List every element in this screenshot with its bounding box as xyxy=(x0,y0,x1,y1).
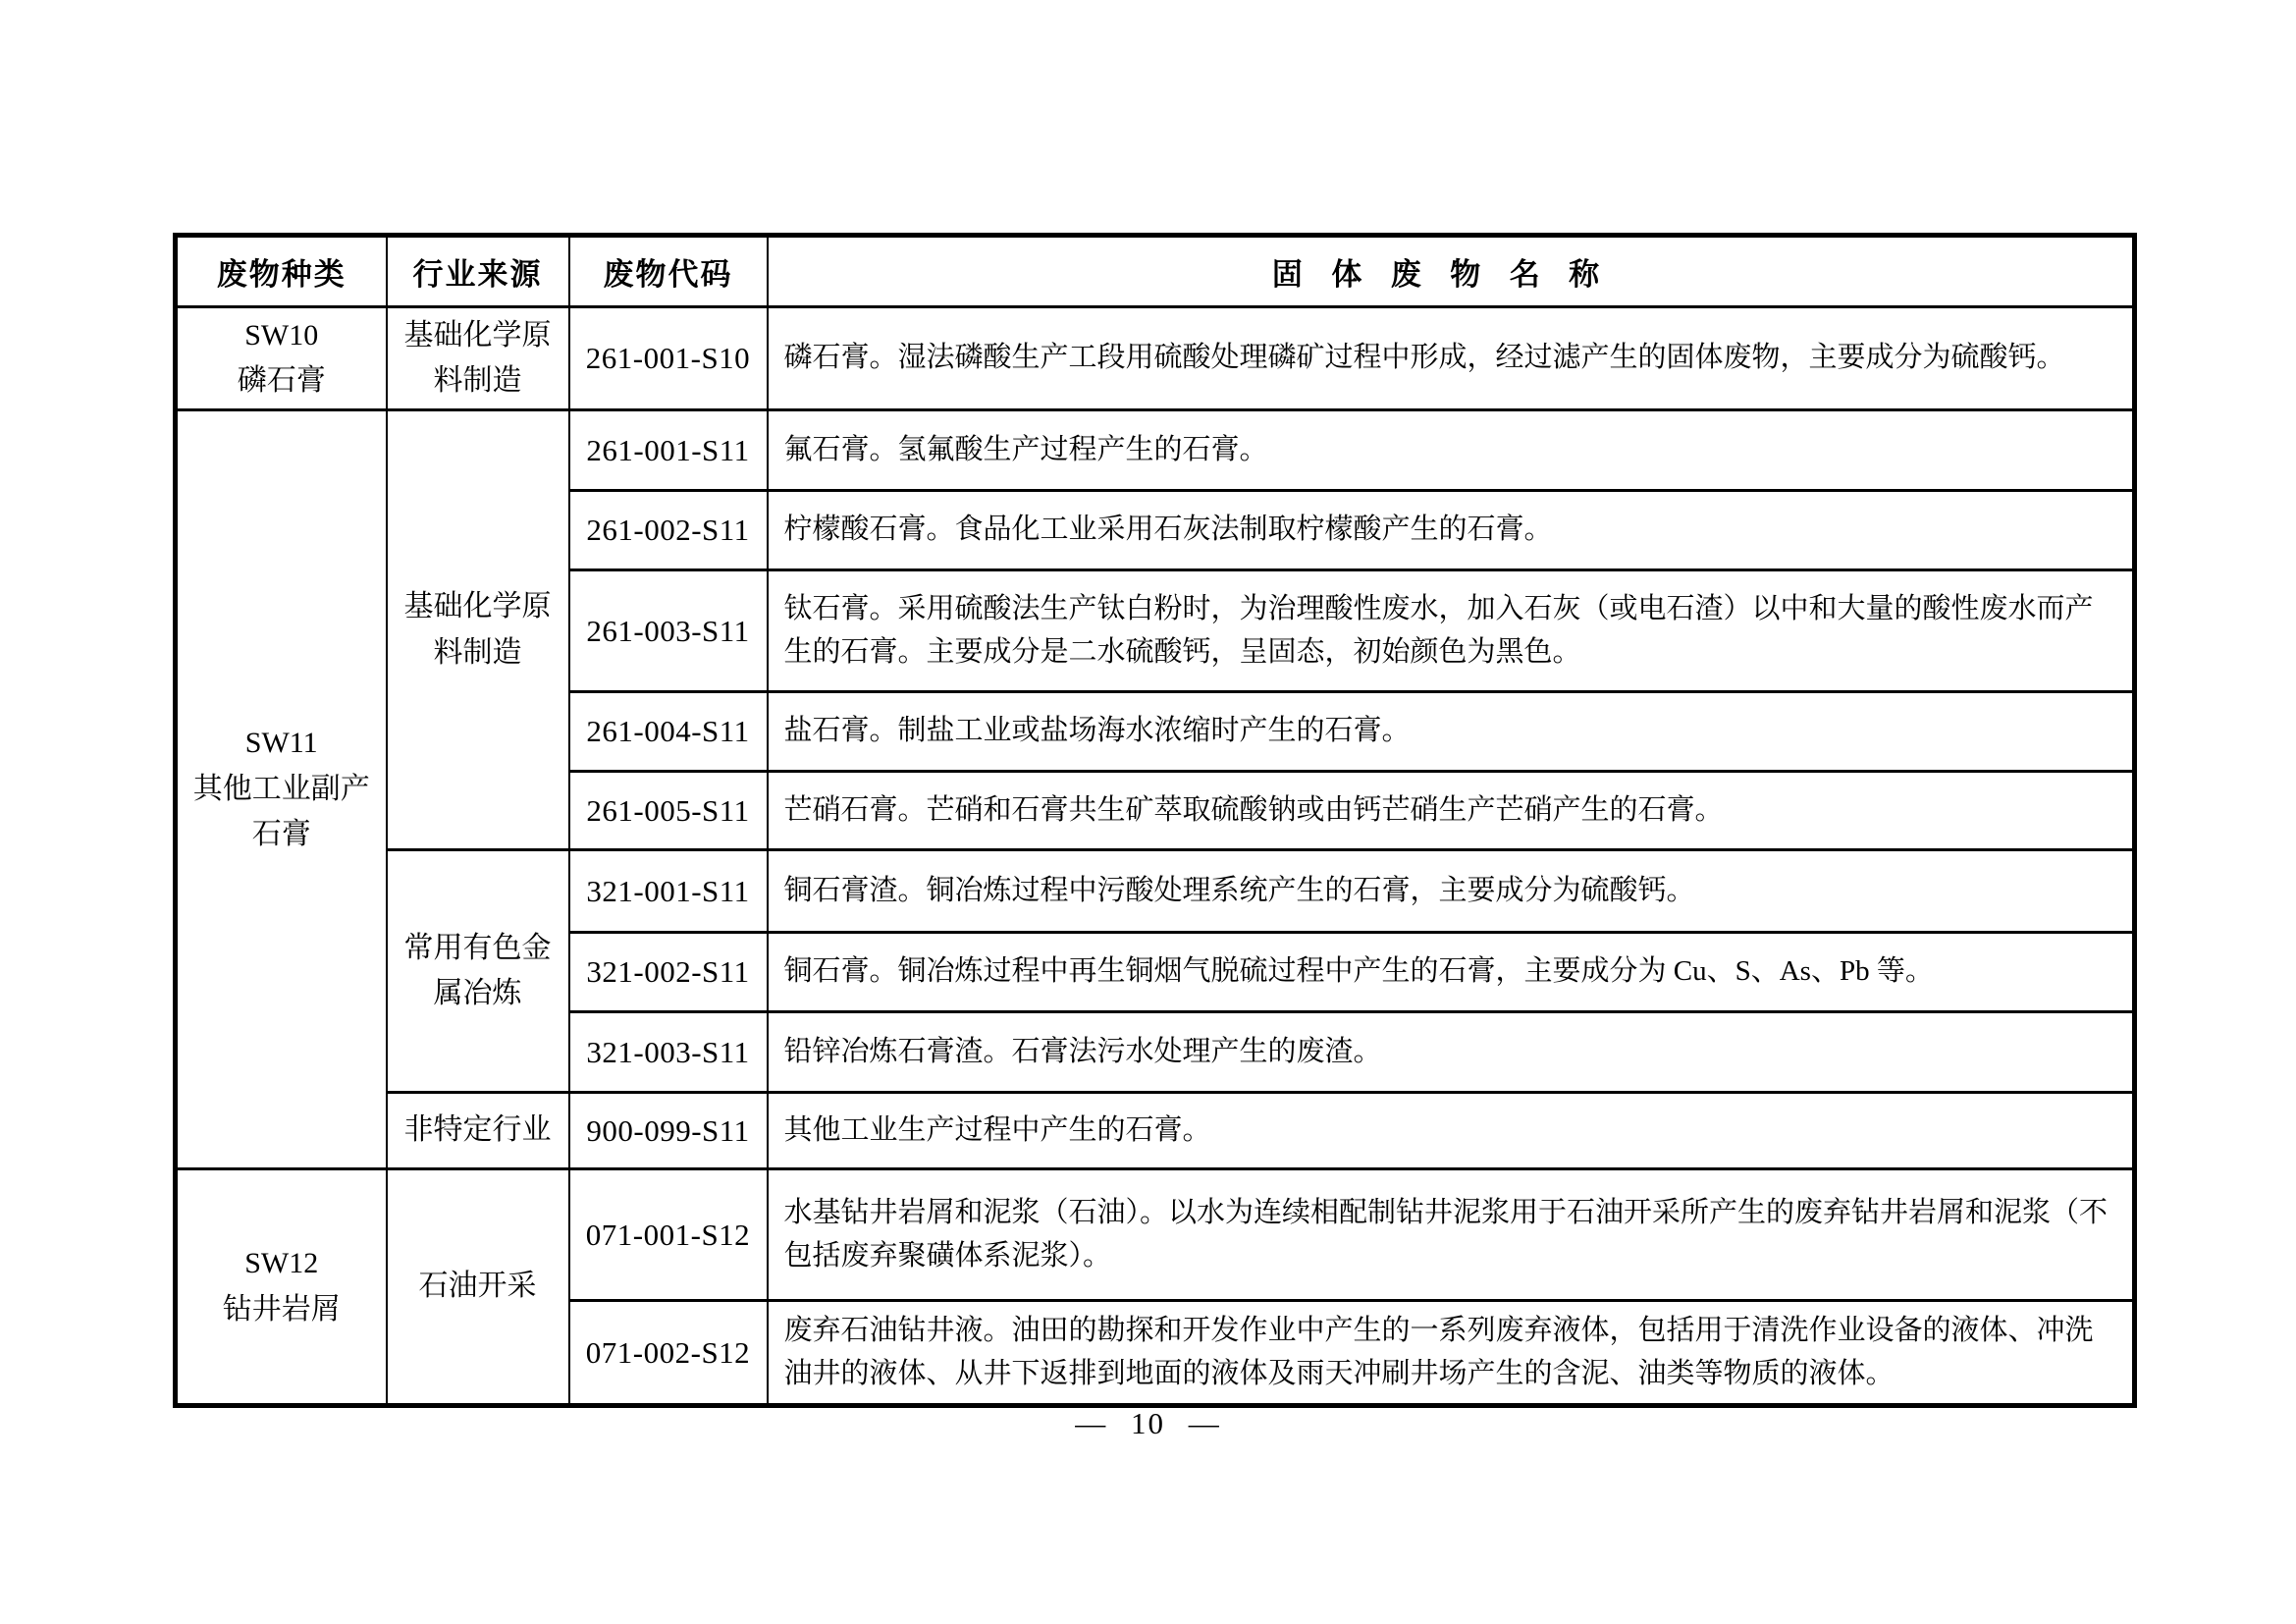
table-row: SW10 磷石膏 基础化学原 料制造 261-001-S10 磷石膏。湿法磷酸生… xyxy=(176,307,2135,410)
waste-name-cell: 铜石膏渣。铜冶炼过程中污酸处理系统产生的石膏，主要成分为硫酸钙。 xyxy=(768,850,2135,933)
waste-name-cell: 氟石膏。氢氟酸生产过程产生的石膏。 xyxy=(768,410,2135,491)
page-number: — 10 — xyxy=(0,1406,2296,1441)
waste-name-cell: 芒硝石膏。芒硝和石膏共生矿萃取硫酸钠或由钙芒硝生产芒硝产生的石膏。 xyxy=(768,772,2135,850)
waste-code-cell: 321-001-S11 xyxy=(569,850,768,933)
waste-type-cell-sw12: SW12 钻井岩屑 xyxy=(176,1169,387,1406)
document-page: 废物种类 行业来源 废物代码 固体废物名称 SW10 磷石膏 基础化学原 料制造… xyxy=(0,0,2296,1624)
waste-name-cell: 磷石膏。湿法磷酸生产工段用硫酸处理磷矿过程中形成，经过滤产生的固体废物，主要成分… xyxy=(768,307,2135,410)
waste-name-cell: 水基钻井岩屑和泥浆（石油）。以水为连续相配制钻井泥浆用于石油开采所产生的废弃钻井… xyxy=(768,1169,2135,1301)
waste-code-cell: 071-001-S12 xyxy=(569,1169,768,1301)
waste-name-cell: 盐石膏。制盐工业或盐场海水浓缩时产生的石膏。 xyxy=(768,692,2135,772)
waste-code-cell: 900-099-S11 xyxy=(569,1093,768,1169)
table-row: 常用有色金 属冶炼 321-001-S11 铜石膏渣。铜冶炼过程中污酸处理系统产… xyxy=(176,850,2135,933)
waste-name-cell: 废弃石油钻井液。油田的勘探和开发作业中产生的一系列废弃液体，包括用于清洗作业设备… xyxy=(768,1301,2135,1406)
waste-code-cell: 071-002-S12 xyxy=(569,1301,768,1406)
industry-source-cell: 石油开采 xyxy=(387,1169,569,1406)
col-header-industry-source: 行业来源 xyxy=(387,236,569,307)
waste-code-cell: 261-002-S11 xyxy=(569,491,768,570)
waste-type-cell-sw11: SW11 其他工业副产 石膏 xyxy=(176,410,387,1169)
waste-type-cell-sw10: SW10 磷石膏 xyxy=(176,307,387,410)
solid-waste-table: 废物种类 行业来源 废物代码 固体废物名称 SW10 磷石膏 基础化学原 料制造… xyxy=(173,233,2137,1408)
waste-name-cell: 铅锌冶炼石膏渣。石膏法污水处理产生的废渣。 xyxy=(768,1012,2135,1093)
industry-source-cell: 基础化学原 料制造 xyxy=(387,307,569,410)
table-row: SW11 其他工业副产 石膏 基础化学原 料制造 261-001-S11 氟石膏… xyxy=(176,410,2135,491)
waste-name-cell: 铜石膏。铜冶炼过程中再生铜烟气脱硫过程中产生的石膏，主要成分为 Cu、S、As、… xyxy=(768,933,2135,1012)
waste-name-cell: 柠檬酸石膏。食品化工业采用石灰法制取柠檬酸产生的石膏。 xyxy=(768,491,2135,570)
waste-name-cell: 钛石膏。采用硫酸法生产钛白粉时，为治理酸性废水，加入石灰（或电石渣）以中和大量的… xyxy=(768,570,2135,692)
waste-code-cell: 261-001-S11 xyxy=(569,410,768,491)
table-header-row: 废物种类 行业来源 废物代码 固体废物名称 xyxy=(176,236,2135,307)
industry-source-cell: 非特定行业 xyxy=(387,1093,569,1169)
waste-code-cell: 261-005-S11 xyxy=(569,772,768,850)
col-header-waste-name: 固体废物名称 xyxy=(768,236,2135,307)
table-row: 非特定行业 900-099-S11 其他工业生产过程中产生的石膏。 xyxy=(176,1093,2135,1169)
waste-code-cell: 261-004-S11 xyxy=(569,692,768,772)
industry-source-cell: 基础化学原 料制造 xyxy=(387,410,569,850)
col-header-waste-code: 废物代码 xyxy=(569,236,768,307)
waste-code-cell: 261-001-S10 xyxy=(569,307,768,410)
waste-code-cell: 321-002-S11 xyxy=(569,933,768,1012)
waste-name-cell: 其他工业生产过程中产生的石膏。 xyxy=(768,1093,2135,1169)
waste-code-cell: 321-003-S11 xyxy=(569,1012,768,1093)
industry-source-cell: 常用有色金 属冶炼 xyxy=(387,850,569,1093)
waste-code-cell: 261-003-S11 xyxy=(569,570,768,692)
col-header-waste-category: 废物种类 xyxy=(176,236,387,307)
table-row: SW12 钻井岩屑 石油开采 071-001-S12 水基钻井岩屑和泥浆（石油）… xyxy=(176,1169,2135,1301)
